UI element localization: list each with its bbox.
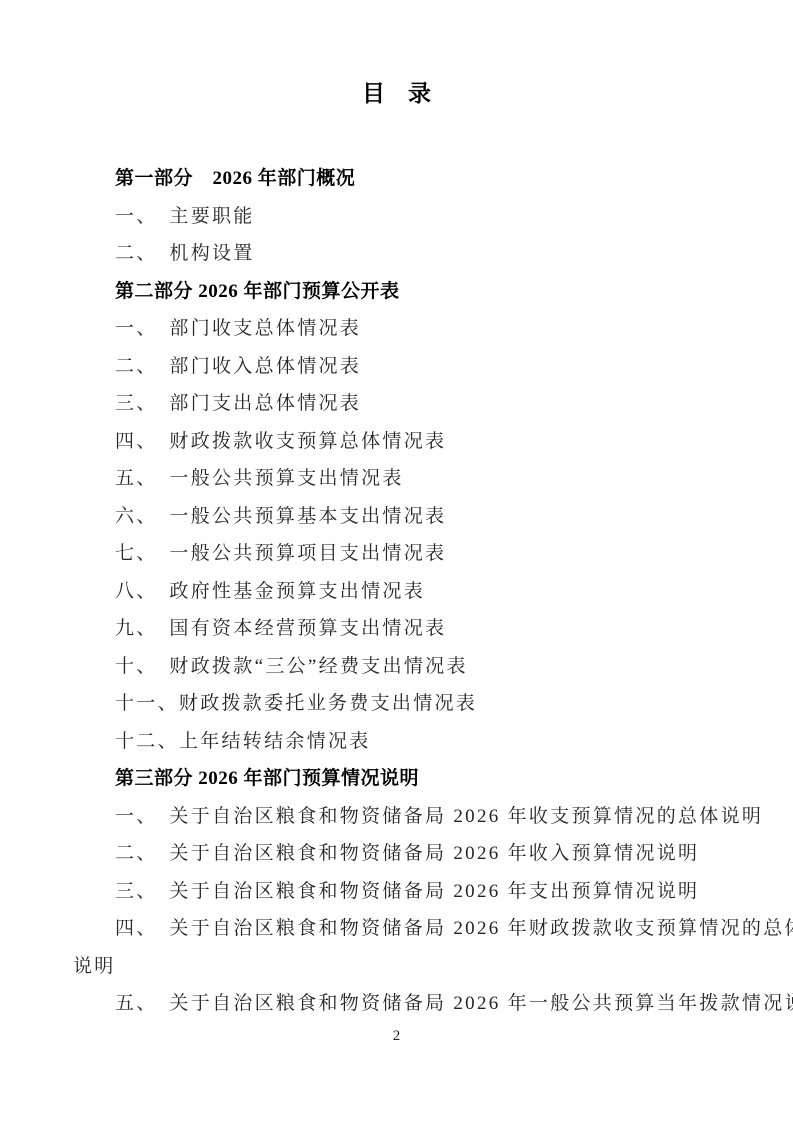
toc-section-heading: 第一部分 2026 年部门概况 bbox=[73, 160, 741, 198]
toc-entry: 二、 机构设置 bbox=[73, 235, 741, 273]
toc-entry: 一、 部门收支总体情况表 bbox=[73, 310, 741, 348]
toc-entry: 一、 主要职能 bbox=[73, 198, 741, 236]
toc-section-heading: 第三部分 2026 年部门预算情况说明 bbox=[73, 760, 741, 798]
page-title: 目 录 bbox=[0, 80, 793, 108]
toc-entry: 七、 一般公共预算项目支出情况表 bbox=[73, 535, 741, 573]
toc-entry: 十二、上年结转结余情况表 bbox=[73, 723, 741, 761]
toc-entry: 八、 政府性基金预算支出情况表 bbox=[73, 573, 741, 611]
toc-entry: 三、 关于自治区粮食和物资储备局 2026 年支出预算情况说明 bbox=[73, 873, 741, 911]
toc-entry: 三、 部门支出总体情况表 bbox=[73, 385, 741, 423]
toc-entry: 五、 关于自治区粮食和物资储备局 2026 年一般公共预算当年拨款情况说 bbox=[73, 985, 741, 1023]
toc-entry: 十、 财政拨款“三公”经费支出情况表 bbox=[73, 648, 741, 686]
toc: 第一部分 2026 年部门概况 一、 主要职能 二、 机构设置 第二部分 202… bbox=[73, 160, 741, 1023]
toc-entry: 四、 财政拨款收支预算总体情况表 bbox=[73, 423, 741, 461]
toc-entry: 四、 关于自治区粮食和物资储备局 2026 年财政拨款收支预算情况的总体 bbox=[73, 910, 741, 948]
document-page: 目 录 第一部分 2026 年部门概况 一、 主要职能 二、 机构设置 第二部分… bbox=[0, 0, 793, 1122]
toc-entry: 二、 部门收入总体情况表 bbox=[73, 348, 741, 386]
toc-entry: 二、 关于自治区粮食和物资储备局 2026 年收入预算情况说明 bbox=[73, 835, 741, 873]
toc-entry-continuation: 说明 bbox=[73, 948, 741, 986]
toc-entry: 五、 一般公共预算支出情况表 bbox=[73, 460, 741, 498]
toc-section-heading: 第二部分 2026 年部门预算公开表 bbox=[73, 273, 741, 311]
toc-entry: 九、 国有资本经营预算支出情况表 bbox=[73, 610, 741, 648]
toc-entry: 一、 关于自治区粮食和物资储备局 2026 年收支预算情况的总体说明 bbox=[73, 798, 741, 836]
toc-entry: 十一、财政拨款委托业务费支出情况表 bbox=[73, 685, 741, 723]
page-number: 2 bbox=[0, 1026, 793, 1046]
toc-entry: 六、 一般公共预算基本支出情况表 bbox=[73, 498, 741, 536]
